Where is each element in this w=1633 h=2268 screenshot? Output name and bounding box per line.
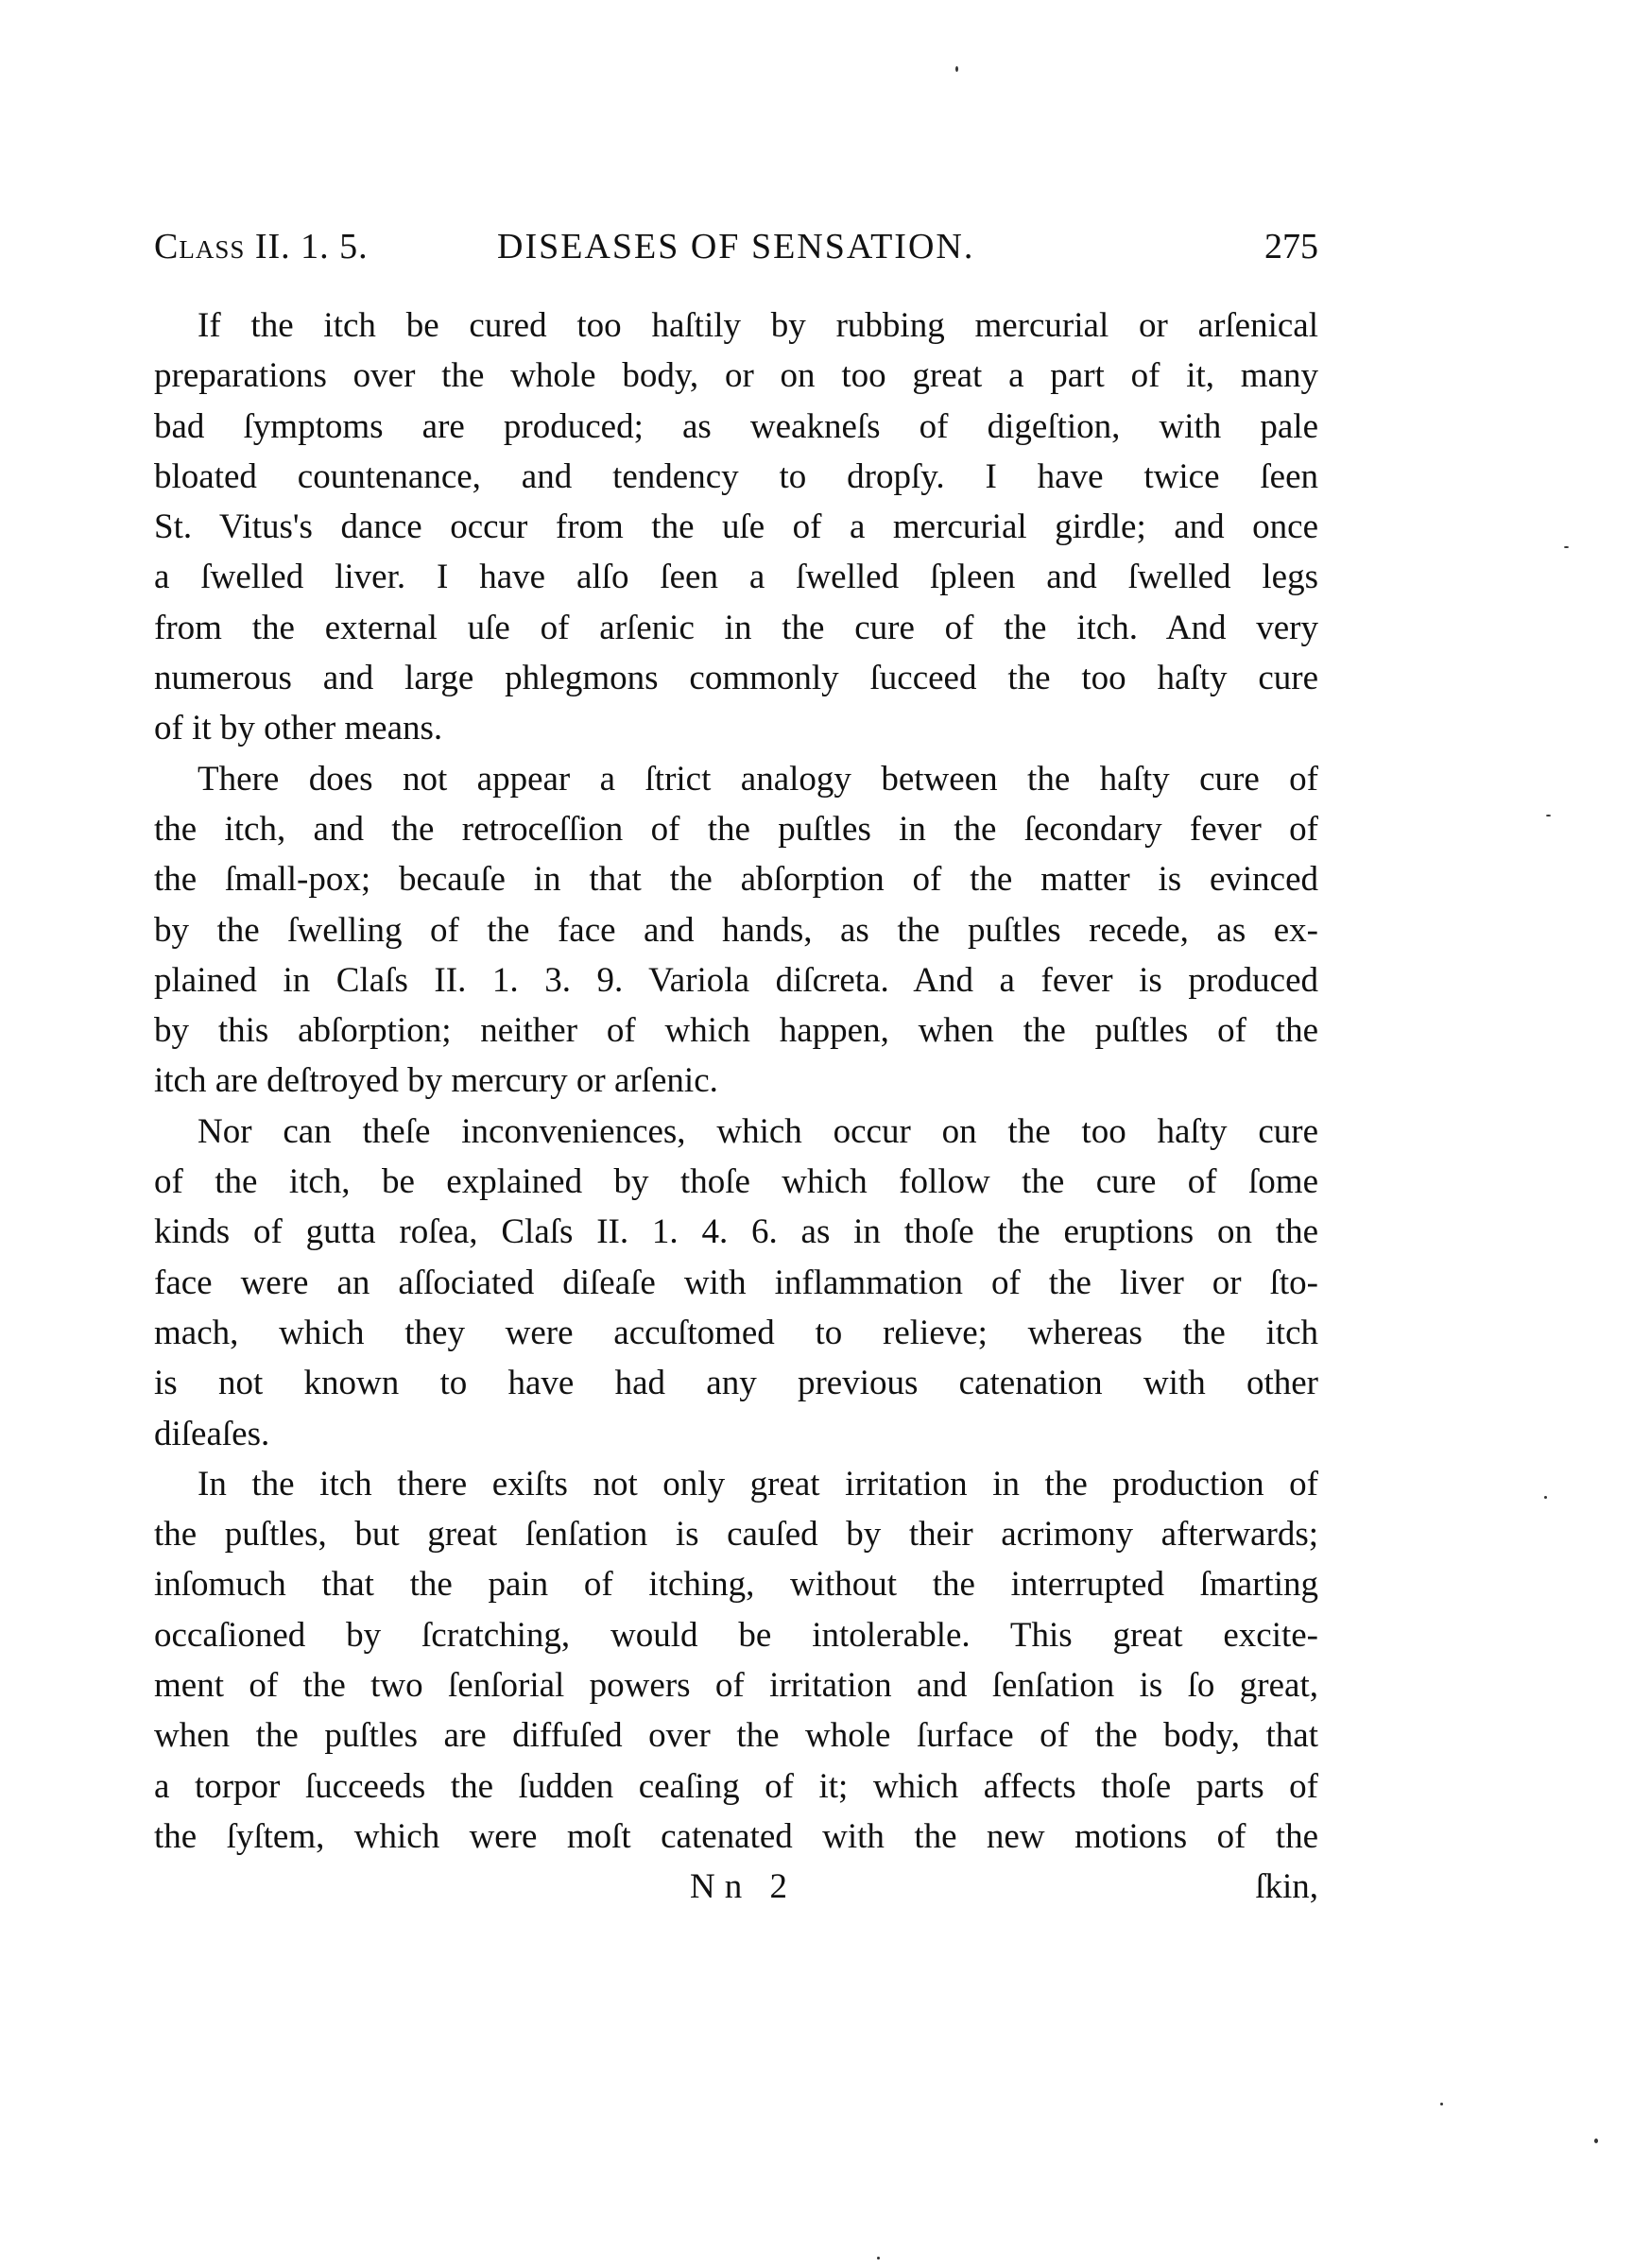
scan-speck — [955, 66, 958, 72]
running-head: Class II. 1. 5. DISEASES OF SENSATION. 2… — [154, 223, 1318, 270]
chapter-title: DISEASES OF SENSATION. — [497, 223, 974, 270]
scan-speck — [877, 2257, 880, 2259]
text-line: plained in Claſs II. 1. 3. 9. Variola di… — [154, 955, 1318, 1005]
text-line: face were an aſſociated diſeaſe with inf… — [154, 1258, 1318, 1308]
catchword: ſkin, — [1255, 1862, 1318, 1912]
signature-mark: Nn 2 — [690, 1862, 797, 1912]
text-line: when the puſtles are diffuſed over the w… — [154, 1710, 1318, 1761]
text-line: is not known to have had any previous ca… — [154, 1358, 1318, 1408]
text-line: If the itch be cured too haſtily by rubb… — [154, 301, 1318, 351]
text-line: of it by other means. — [154, 703, 1318, 753]
text-line: a ſwelled liver. I have alſo ſeen a ſwel… — [154, 552, 1318, 602]
text-line: kinds of gutta roſea, Claſs II. 1. 4. 6.… — [154, 1207, 1318, 1257]
text-line: by the ſwelling of the face and hands, a… — [154, 905, 1318, 955]
text-line: numerous and large phlegmons commonly ſu… — [154, 653, 1318, 703]
text-line: of the itch, be explained by thoſe which… — [154, 1157, 1318, 1207]
paragraph: There does not appear a ſtrict analogy b… — [154, 754, 1318, 1107]
scan-speck — [1440, 2103, 1443, 2105]
body-text: If the itch be cured too haſtily by rubb… — [154, 301, 1318, 1862]
text-line: the ſyſtem, which were moſt catenated wi… — [154, 1812, 1318, 1862]
page-footer: Nn 2 ſkin, — [154, 1862, 1318, 1912]
scan-speck — [1544, 1496, 1547, 1499]
scan-speck — [1546, 815, 1551, 816]
paragraph: Nor can theſe inconveniences, which occu… — [154, 1107, 1318, 1459]
scan-speck — [1594, 2139, 1598, 2143]
text-line: There does not appear a ſtrict analogy b… — [154, 754, 1318, 804]
text-line: from the external uſe of arſenic in the … — [154, 603, 1318, 653]
text-line: diſeaſes. — [154, 1409, 1318, 1459]
text-line: occaſioned by ſcratching, would be intol… — [154, 1610, 1318, 1660]
scan-speck — [1564, 546, 1569, 548]
text-line: In the itch there exiſts not only great … — [154, 1459, 1318, 1509]
text-line: preparations over the whole body, or on … — [154, 351, 1318, 401]
text-line: the itch, and the retroceſſion of the pu… — [154, 804, 1318, 854]
paragraph: If the itch be cured too haſtily by rubb… — [154, 301, 1318, 754]
text-line: bloated countenance, and tendency to dro… — [154, 452, 1318, 502]
text-line: a torpor ſucceeds the ſudden ceaſing of … — [154, 1761, 1318, 1812]
paragraph: In the itch there exiſts not only great … — [154, 1459, 1318, 1862]
page-number: 275 — [1264, 223, 1318, 270]
text-line: the ſmall-pox; becauſe in that the abſor… — [154, 854, 1318, 904]
text-line: St. Vitus's dance occur from the uſe of … — [154, 502, 1318, 552]
text-line: the puſtles, but great ſenſation is cauſ… — [154, 1509, 1318, 1559]
text-line: ment of the two ſenſorial powers of irri… — [154, 1660, 1318, 1710]
text-line: by this abſorption; neither of which hap… — [154, 1005, 1318, 1056]
text-line: itch are deſtroyed by mercury or arſenic… — [154, 1056, 1318, 1106]
text-line: bad ſymptoms are produced; as weakneſs o… — [154, 402, 1318, 452]
text-line: Nor can theſe inconveniences, which occu… — [154, 1107, 1318, 1157]
text-line: inſomuch that the pain of itching, witho… — [154, 1559, 1318, 1609]
text-line: mach, which they were accuſtomed to reli… — [154, 1308, 1318, 1358]
class-reference: Class II. 1. 5. — [154, 223, 369, 270]
